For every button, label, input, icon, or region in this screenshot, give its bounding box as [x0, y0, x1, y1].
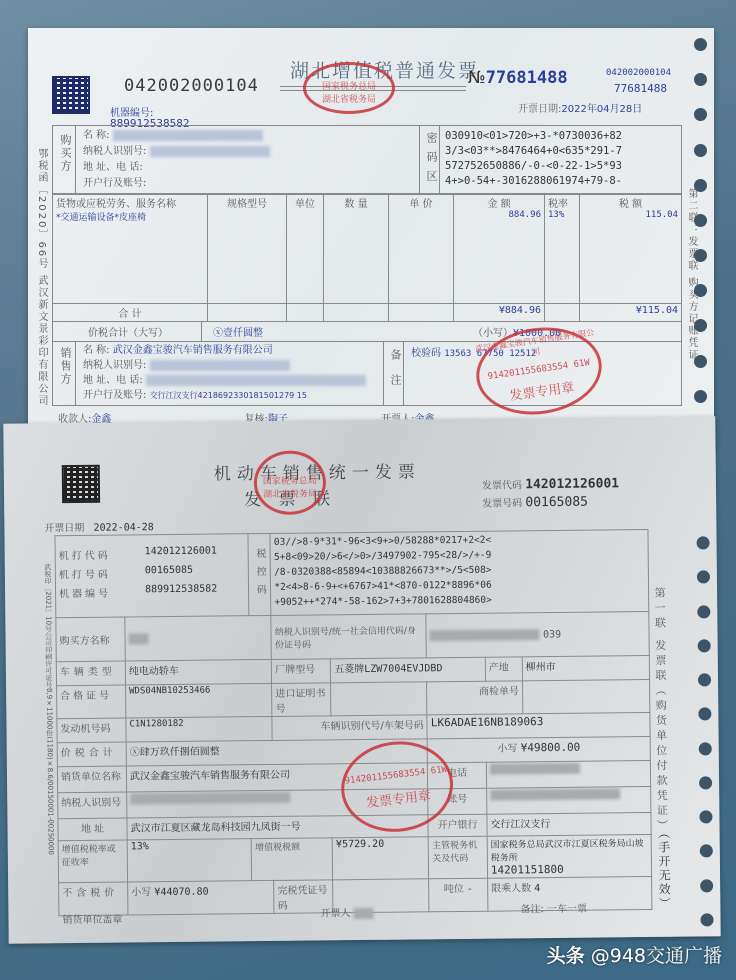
brand-model: 五菱牌LZW7004EVJDBD: [331, 657, 486, 683]
invoice-code: 发票代码 142012126001: [482, 475, 619, 492]
buyer-address-row: 地 址、电 话:: [83, 160, 270, 176]
items-table: 货物或应税劳务、服务名称 *交通运输设备*皮座椅 规格型号 单位 数 量 单 价…: [52, 193, 682, 322]
remarks: 备注: 一车一票: [520, 900, 587, 916]
issue-date: 开票日期 2022-04-28: [44, 518, 154, 534]
total-tax: ¥115.04: [580, 304, 682, 322]
tonnage: -: [467, 884, 473, 895]
invoice-number: №77681488: [468, 68, 568, 88]
buyer-name-row: 名 称:: [83, 128, 270, 144]
vehicle-sales-invoice: 机动车销售统一发票 发 票 联 国家税务总局 湖北省税务局 发票代码 14201…: [3, 416, 720, 943]
device-no: 889912538582: [145, 583, 245, 599]
machine-code: 142012126001: [145, 545, 245, 561]
vehicle-type: 纯电动轿车: [125, 659, 272, 685]
seller-bank-row: 开户行及账号: 交行江汉支行4218692330181501279 15: [83, 388, 366, 403]
cert-no: WDS04NB10253466: [126, 683, 273, 718]
invoice-number: 发票号码 00165085: [482, 494, 588, 511]
total-amount: ¥884.96: [454, 304, 545, 322]
redacted-seller-tax-id: [150, 360, 290, 371]
issuer: 开票人: [320, 904, 373, 920]
vat-amount: ¥5729.20: [332, 837, 428, 880]
seller-address-row: 地 址、电 话:: [83, 373, 366, 388]
tax-authority-code: 14201151800: [491, 862, 648, 877]
invoice-code-small: 042002000104: [606, 68, 671, 78]
buyer-id: 039: [426, 611, 649, 657]
buyer-tax-id-row: 纳税人识别号:: [83, 144, 270, 160]
total-label: 合 计: [53, 304, 208, 322]
redacted-seller-tax-id: [130, 792, 290, 805]
item-tax: 115.04: [583, 210, 678, 220]
right-margin-text: 第一联 发票联（购货单位付款凭证）: [651, 587, 670, 835]
redacted-buyer-tax-id: [150, 146, 270, 157]
seats: 4: [534, 883, 540, 894]
tax-bureau-seal: 国家税务总局 湖北省税务局: [303, 62, 395, 114]
engine-no: C1N1280182: [126, 716, 273, 742]
invoice-code: 042002000104: [124, 76, 259, 96]
qr-code-icon: [52, 76, 90, 114]
left-margin-text: 武税印〔2021〕10号公司印刷许可证号8,9×11000份(1180)×8.6…: [43, 563, 56, 855]
right-margin-text: 第二联：发票联 购买方记账凭证: [684, 188, 699, 361]
seller-tax-id-row: 纳税人识别号:: [83, 358, 366, 373]
redacted-account: [490, 788, 620, 800]
tax-authority: 国家税务总局武汉市江夏区税务局山坡税务所: [491, 836, 648, 864]
machine-no: 00165085: [145, 564, 245, 580]
buyer-bank-row: 开户行及账号:: [83, 176, 270, 192]
invoice-no-small: 77681488: [614, 82, 667, 95]
origin: 柳州市: [522, 655, 649, 680]
item-name: *交通运输设备*皮座椅: [56, 210, 204, 223]
redacted-buyer-name: [128, 633, 148, 644]
vehicle-invoice-table: 机打代码142012126001 机打号码00165085 机器编号889912…: [54, 529, 652, 916]
handwritten-invalid-note: （手开无效）: [656, 827, 674, 911]
tractor-holes: [697, 536, 715, 926]
vin: LK6ADAE16NB189063: [427, 712, 650, 738]
redacted-seller-address: [146, 375, 366, 386]
total-small: ¥49800.00: [521, 741, 581, 755]
item-amount: 884.96: [457, 210, 541, 220]
vat-invoice: 042002000104 机器编号: 889912538582 湖北增值税普通发…: [28, 28, 714, 448]
seller-name-row: 名 称: 武汉金鑫宝骏汽车销售服务有限公司: [83, 343, 366, 358]
issue-date: 开票日期:2022年04月28日: [518, 100, 642, 115]
buyer-section: 购买方 名 称: 纳税人识别号: 地 址、电 话: 开户行及账号: 密码区 03…: [52, 125, 682, 195]
cipher-area: 030910<01>720>+3-*0730036+82 3/3<03**>84…: [445, 129, 622, 189]
watermark: 头条 @948交通广播: [547, 941, 722, 968]
pre-tax-price: ¥44070.80: [154, 887, 208, 899]
redacted-phone: [490, 763, 580, 775]
seller-stamp-label: 销货单位盖章: [62, 911, 122, 927]
left-margin-text: 鄂税函〔2020〕66号 武汉新文景彩印有限公司: [34, 148, 49, 407]
seller-bank: 交行江汉支行: [487, 812, 651, 836]
redacted-buyer-name: [113, 130, 263, 141]
vat-rate: 13%: [127, 839, 252, 882]
qr-code-icon: [62, 465, 100, 503]
item-rate: 13%: [548, 210, 576, 220]
tax-control-code: 03//>8-9*31*-96<3<9+>0/58288*0217+2<2< 5…: [270, 529, 649, 615]
grand-total-words: ⓧ壹仟圆整: [213, 324, 263, 339]
